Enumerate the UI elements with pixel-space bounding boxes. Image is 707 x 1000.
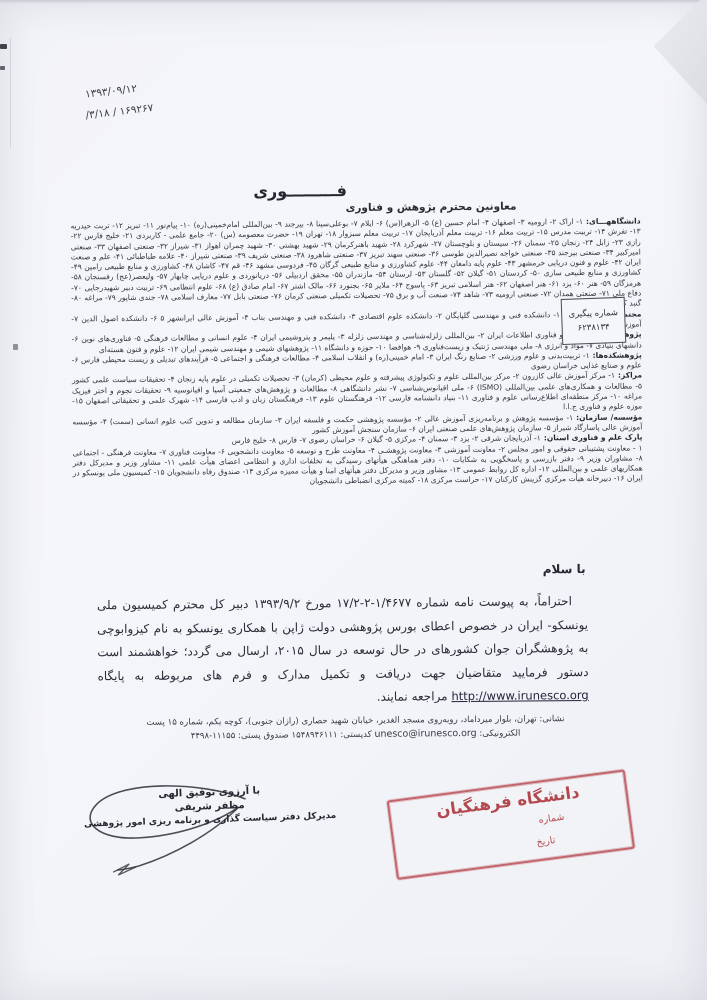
signature-block: با آرزوی توفیق الهی مظفر شریفی مدیرکل دف… (66, 782, 353, 830)
website-url: http://www.irunesco.org (451, 688, 588, 703)
section-label: پارک علم و فناوری استان: (544, 433, 643, 443)
stamp-date-label: تاریخ (536, 835, 556, 848)
tracking-number-label: شماره پیگیری (568, 308, 618, 320)
section-label: پژوهشکده‌ها: (593, 350, 642, 359)
stamp-number-label: شماره (538, 812, 565, 826)
section-text: ۱- معاونت پشتیبانی حقوقی و امور مجلس ۲- … (73, 443, 643, 486)
section-text: ۱- مرکز آموزش عالی کازرون ۲- مرکز بین‌ال… (72, 371, 642, 411)
email-address: unesco@irunesco.org (374, 728, 476, 740)
registration-number: ۱۶۹۲۶۷ / ۳/۱۸/ (23, 102, 154, 129)
tracking-number-box: شماره پیگیری ۶۲۳۸۱۳۴ (561, 297, 627, 345)
registration-date: ۱۳۹۳/۰۹/۱۲ (21, 83, 138, 108)
scanned-letter-page: ۱۳۹۳/۰۹/۱۲ ۱۶۹۲۶۷ / ۳/۱۸/ فـــــــــوری … (0, 0, 707, 1000)
section-label: دانشگاههـــای: (586, 216, 641, 225)
urgency-label: فـــــــــوری (253, 181, 347, 201)
section-label: مراکز: (618, 371, 642, 380)
section-text: ۱- دانشکده فنی و مهندسی گلپایگان ۲- دانش… (71, 310, 641, 329)
address-email-label: الکترونیکی: (479, 729, 520, 739)
stamp-org-name: دانشگاه فرهنگیان (390, 777, 626, 827)
distribution-list: دانشگاههـــای:۱- اراک ۲- ارومیه ۳- اصفها… (71, 216, 643, 489)
letter-body-closing: مراجعه نمایند. (377, 689, 448, 704)
distribution-section-universities: دانشگاههـــای:۱- اراک ۲- ارومیه ۳- اصفها… (71, 216, 642, 314)
address-postal-info: کدپستی: ۱۵۴۸۹۴۶۱۱۱ صندوق پستی: ۱۱۱۵۵-۴۴۹… (191, 730, 372, 742)
university-stamp: دانشگاه فرهنگیان شماره تاریخ (387, 769, 635, 880)
letter-body-text: احتراماً، به پیوست نامه شماره ۱/۴۶۷۷-۲-۱… (97, 594, 589, 683)
section-label: مؤسسه/ سازمان: (576, 412, 642, 422)
registration-annotation: ۱۳۹۳/۰۹/۱۲ ۱۶۹۲۶۷ / ۳/۱۸/ (21, 81, 154, 129)
section-text: ۱- تربیت‌بدنی و علوم ورزشی ۲- صنایع رنگ … (72, 351, 642, 371)
footer-address: نشانی: تهران، بلوار میرداماد، روبه‌روی م… (97, 712, 614, 745)
distribution-section-centers: مراکز:۱- مرکز آموزش عالی کازرون ۲- مرکز … (72, 371, 642, 417)
section-text: ۱- اراک ۲- ارومیه ۳- اصفهان ۴- امام حسین… (71, 217, 642, 308)
tracking-number-value: ۶۲۳۸۱۳۴ (578, 322, 610, 333)
section-text: ۱- مؤسسه پژوهش و برنامه‌ریزی آموزش عالی … (72, 413, 642, 435)
letter-body: احتراماً، به پیوست نامه شماره ۱/۴۶۷۷-۲-۱… (97, 590, 589, 712)
salutation: با سلام (543, 562, 586, 576)
distribution-section-deputies: ۱- معاونت پشتیبانی حقوقی و امور مجلس ۲- … (73, 443, 643, 489)
recipient-line: معاونین محترم پژوهش و فناوری (346, 201, 517, 214)
